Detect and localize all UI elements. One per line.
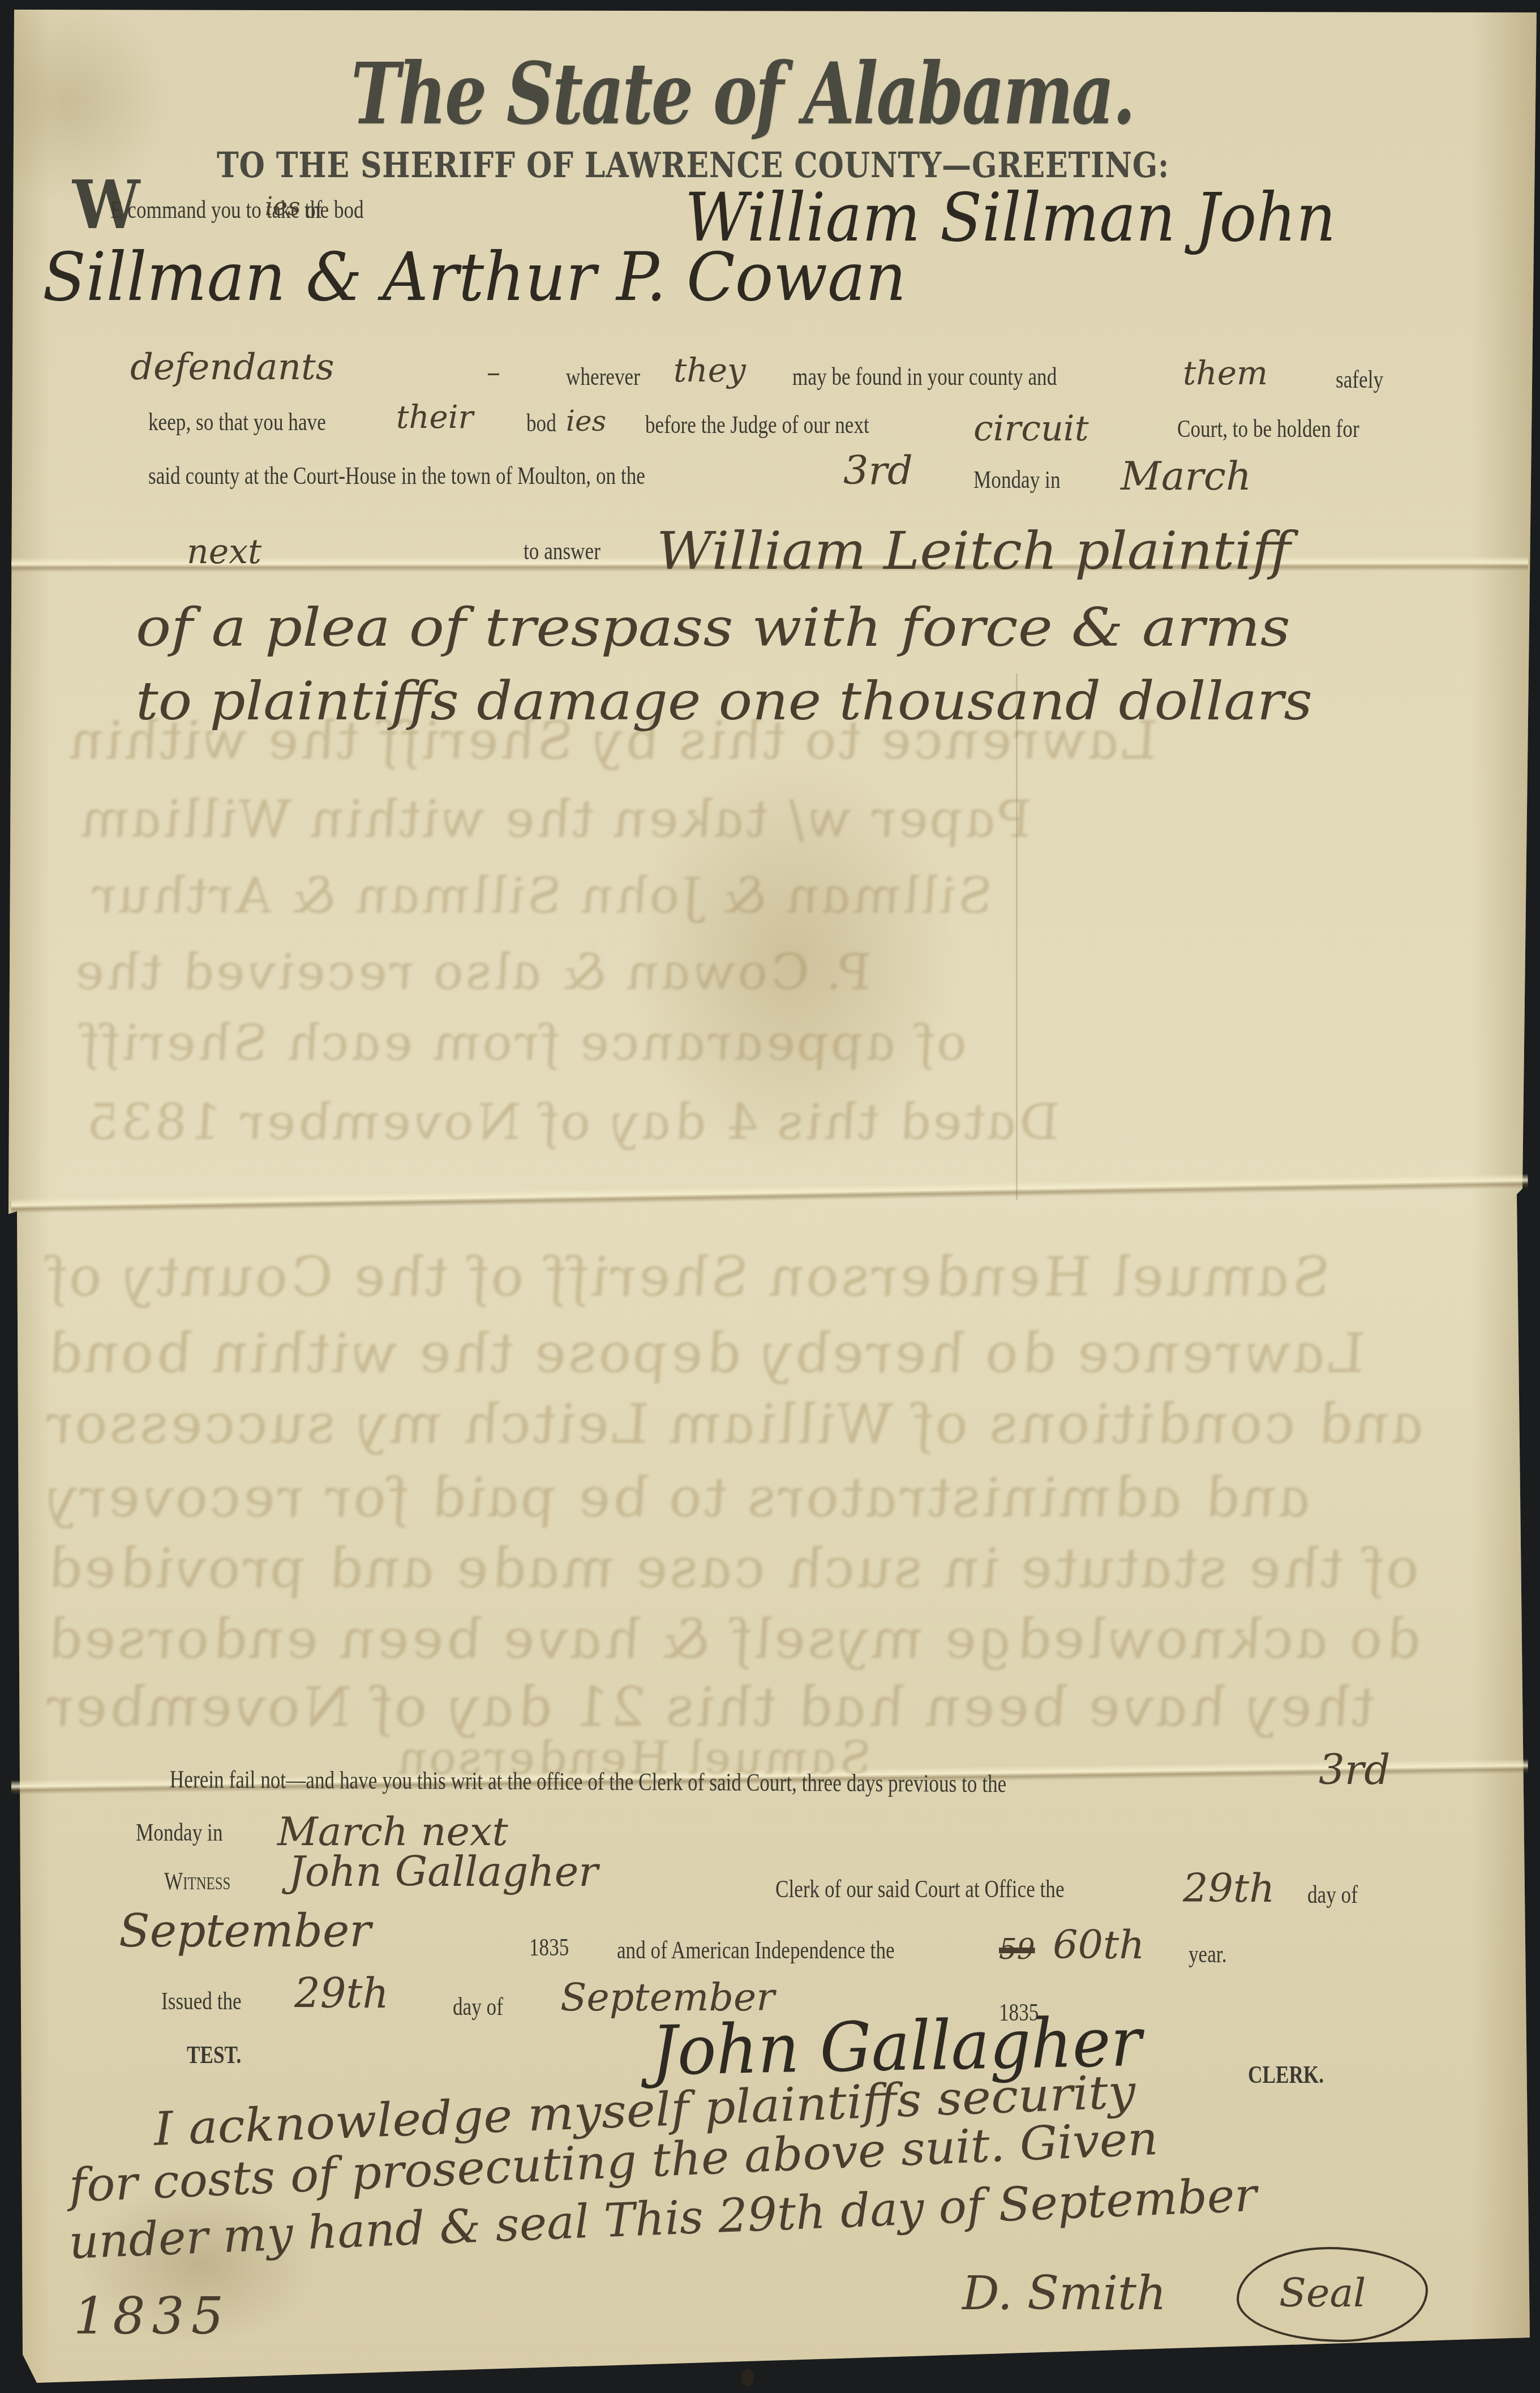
hand-dash: – [487, 357, 500, 388]
hand-issued-day: 29th [294, 1970, 389, 2017]
bleed-line: of appearance from each Sheriff [72, 1013, 975, 1071]
hand-them: them [1183, 354, 1268, 392]
printed-of: of [306, 195, 322, 224]
hand-ordinal: 3rd [843, 447, 913, 494]
printed-test: TEST. [187, 2040, 241, 2069]
ink-blot [741, 2369, 754, 2387]
hand-court-type: circuit [973, 408, 1089, 449]
printed-issued-day-of: day of [453, 1992, 503, 2021]
printed-clerk: CLERK. [1248, 2060, 1324, 2089]
printed-wherever: wherever [566, 362, 640, 391]
printed-day-of: day of [1307, 1880, 1358, 1909]
hand-month: March [1121, 453, 1251, 499]
hand-return-ordinal: 3rd [1319, 1746, 1390, 1794]
document-title: The State of Alabama. [351, 44, 1134, 144]
printed-issued: Issued the [161, 1987, 242, 2015]
bleed-line: Paper w/ taken the within William [72, 790, 1038, 849]
printed-keep: keep, so that you have [148, 408, 326, 436]
printed-safely: safely [1336, 365, 1383, 394]
hand-witness-name: John Gallagher [289, 1848, 598, 1895]
hand-bodies-2: ies [566, 405, 606, 438]
bond-signature: D. Smith [962, 2267, 1166, 2321]
printed-to-answer: to answer [524, 537, 600, 565]
printed-before-judge: before the Judge of our next [645, 410, 869, 439]
bond-line-4: 1835 [74, 2287, 230, 2346]
printed-command-intro: E command you to take the bod [110, 195, 364, 224]
bleed-line: do acknowledge myself & have been endors… [37, 1607, 1429, 1671]
hand-day: 29th [1183, 1865, 1275, 1911]
printed-year-word: year. [1189, 1940, 1226, 1969]
bleed-line: Lawrence do hereby depose the within bon… [37, 1322, 1372, 1385]
hand-next: next [187, 532, 261, 572]
hand-their: their [396, 399, 473, 436]
bleed-line: of the statute in such case made and pro… [37, 1537, 1428, 1600]
hand-month-return: September [119, 1905, 371, 1957]
printed-year: 1835 [529, 1933, 569, 1962]
defendant-names-line-2: Sillman & Arthur P. Cowan [42, 238, 906, 316]
bleed-line: Samuel Henderson Sheriff of the County o… [37, 1245, 1337, 1309]
printed-bod: bod [526, 409, 556, 438]
bleed-line: and administrators to be paid for recove… [37, 1466, 1319, 1529]
bleed-line: P. Cowan & also received the [66, 942, 878, 1001]
seal-label: Seal [1279, 2270, 1366, 2316]
hand-independence-year: 60th [1053, 1922, 1144, 1968]
hand-defendants: defendants [130, 346, 334, 388]
bleed-line: they have been had this 21 day of Novemb… [37, 1675, 1382, 1739]
printed-said-county: said county at the Court-House in the to… [148, 461, 645, 490]
bleed-line: and conditions of William Leitch my succ… [37, 1392, 1432, 1456]
printed-independence: and of American Independence the [617, 1936, 895, 1965]
printed-witness: Witness [164, 1867, 230, 1895]
hand-struck-number: 59 [999, 1933, 1035, 1966]
hand-damages-line: to plaintiffs damage one thousand dollar… [136, 671, 1312, 732]
printed-monday-in-return: Monday in [136, 1818, 223, 1847]
printed-monday-in: Monday in [973, 465, 1061, 494]
hand-they: they [674, 351, 746, 389]
hand-plaintiff: William Leitch plaintiff [657, 521, 1291, 581]
bleed-line: Sillman & John Sillman & Arthur [83, 866, 1000, 924]
hand-bodies-suffix: ies [265, 192, 301, 221]
printed-herein-fail-not: Herein fail not—and have you this writ a… [170, 1765, 1007, 1798]
hand-plea-line: of a plea of trespass with force & arms [136, 597, 1290, 659]
bleed-line: Dated this 4 day of November 1835 [78, 1092, 1066, 1151]
printed-may-be-found: may be found in your county and [792, 362, 1057, 391]
printed-clerk-office: Clerk of our said Court at Office the [775, 1875, 1065, 1903]
printed-court-holden: Court, to be holden for [1177, 414, 1359, 443]
